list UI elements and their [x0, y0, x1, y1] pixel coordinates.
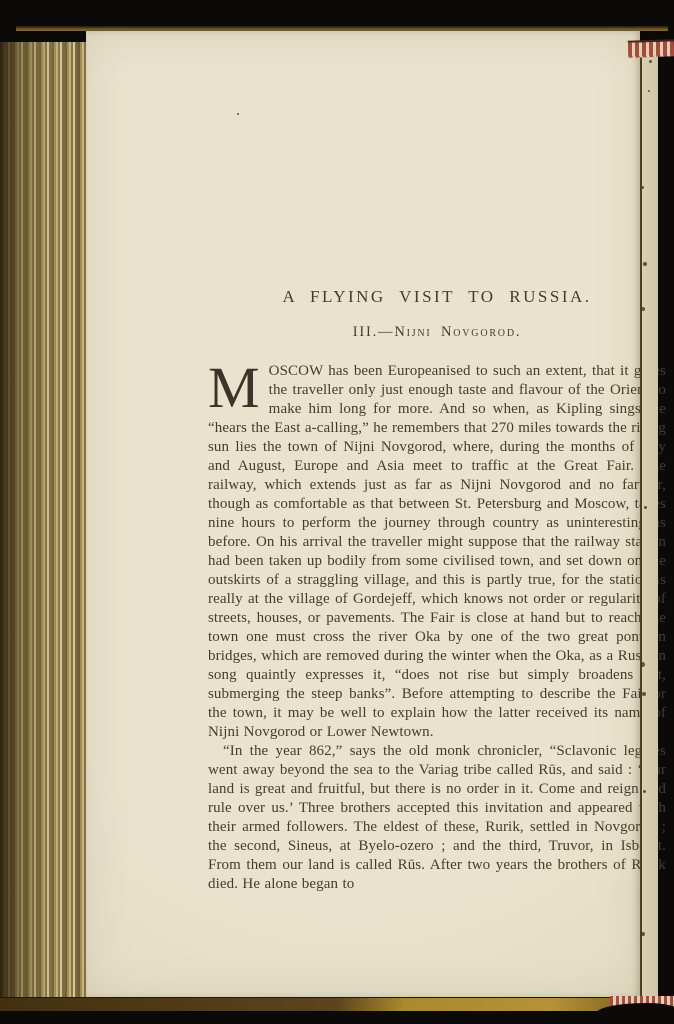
- headband-top-right: [628, 39, 674, 58]
- book-photo: A FLYING VISIT TO RUSSIA. III.—Nijni Nov…: [0, 0, 674, 1024]
- paragraph-1: MOSCOW has been Europeanised to such an …: [208, 362, 666, 742]
- body-text: MOSCOW has been Europeanised to such an …: [208, 362, 666, 894]
- foxing-speck: [643, 262, 647, 266]
- foxing-speck: [642, 692, 646, 696]
- page-edge-stack-left: [0, 42, 90, 1000]
- foxing-speck: [640, 662, 645, 667]
- lead-caps: OSCOW: [269, 363, 323, 379]
- backdrop-bottom: [0, 1011, 674, 1024]
- drop-cap: M: [208, 362, 269, 411]
- paragraph-1-text: has been Europeanised to such an extent,…: [208, 363, 666, 740]
- foxing-speck: [641, 186, 644, 189]
- foxing-speck: [649, 60, 652, 63]
- paragraph-2: “In the year 862,” says the old monk chr…: [208, 742, 666, 894]
- section-heading: III.—Nijni Novgorod.: [208, 324, 666, 341]
- foxing-speck: [643, 790, 646, 793]
- foxing-speck: [648, 90, 650, 92]
- book-page: A FLYING VISIT TO RUSSIA. III.—Nijni Nov…: [86, 30, 640, 998]
- foxing-speck: [641, 307, 645, 311]
- foxing-speck: [641, 932, 645, 936]
- foxing-speck: [644, 506, 647, 509]
- page-title: A FLYING VISIT TO RUSSIA.: [208, 287, 666, 307]
- fore-edge-strip: [640, 54, 658, 997]
- printed-content: A FLYING VISIT TO RUSSIA. III.—Nijni Nov…: [208, 287, 666, 894]
- paragraph-2-text: “In the year 862,” says the old monk chr…: [208, 743, 666, 892]
- foxing-speck: [237, 113, 239, 115]
